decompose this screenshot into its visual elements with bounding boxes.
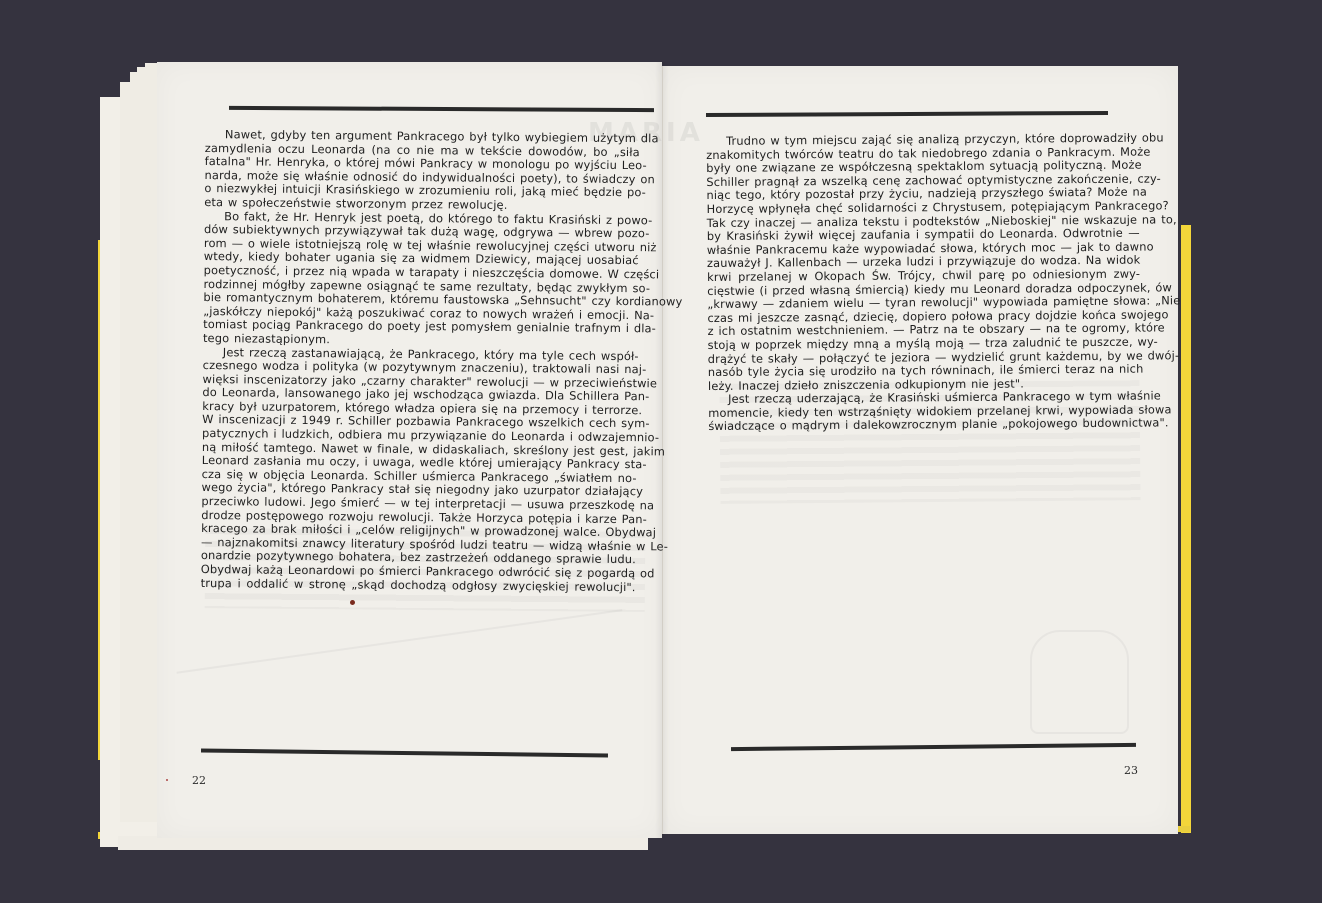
left-page-body-text: Nawet, gdyby ten argument Pankracego był… <box>201 128 640 594</box>
book-cover-edge-right <box>1181 225 1191 833</box>
page-stack-bottom-edge <box>118 836 648 850</box>
ink-speck <box>350 600 355 605</box>
ink-speck <box>166 779 168 781</box>
page-number-right: 23 <box>1124 764 1138 777</box>
right-page-body-text: Trudno w tym miejscu zająć się analizą p… <box>706 132 1141 434</box>
show-through-illustration <box>1030 630 1129 734</box>
page-number-left: 22 <box>192 774 206 787</box>
